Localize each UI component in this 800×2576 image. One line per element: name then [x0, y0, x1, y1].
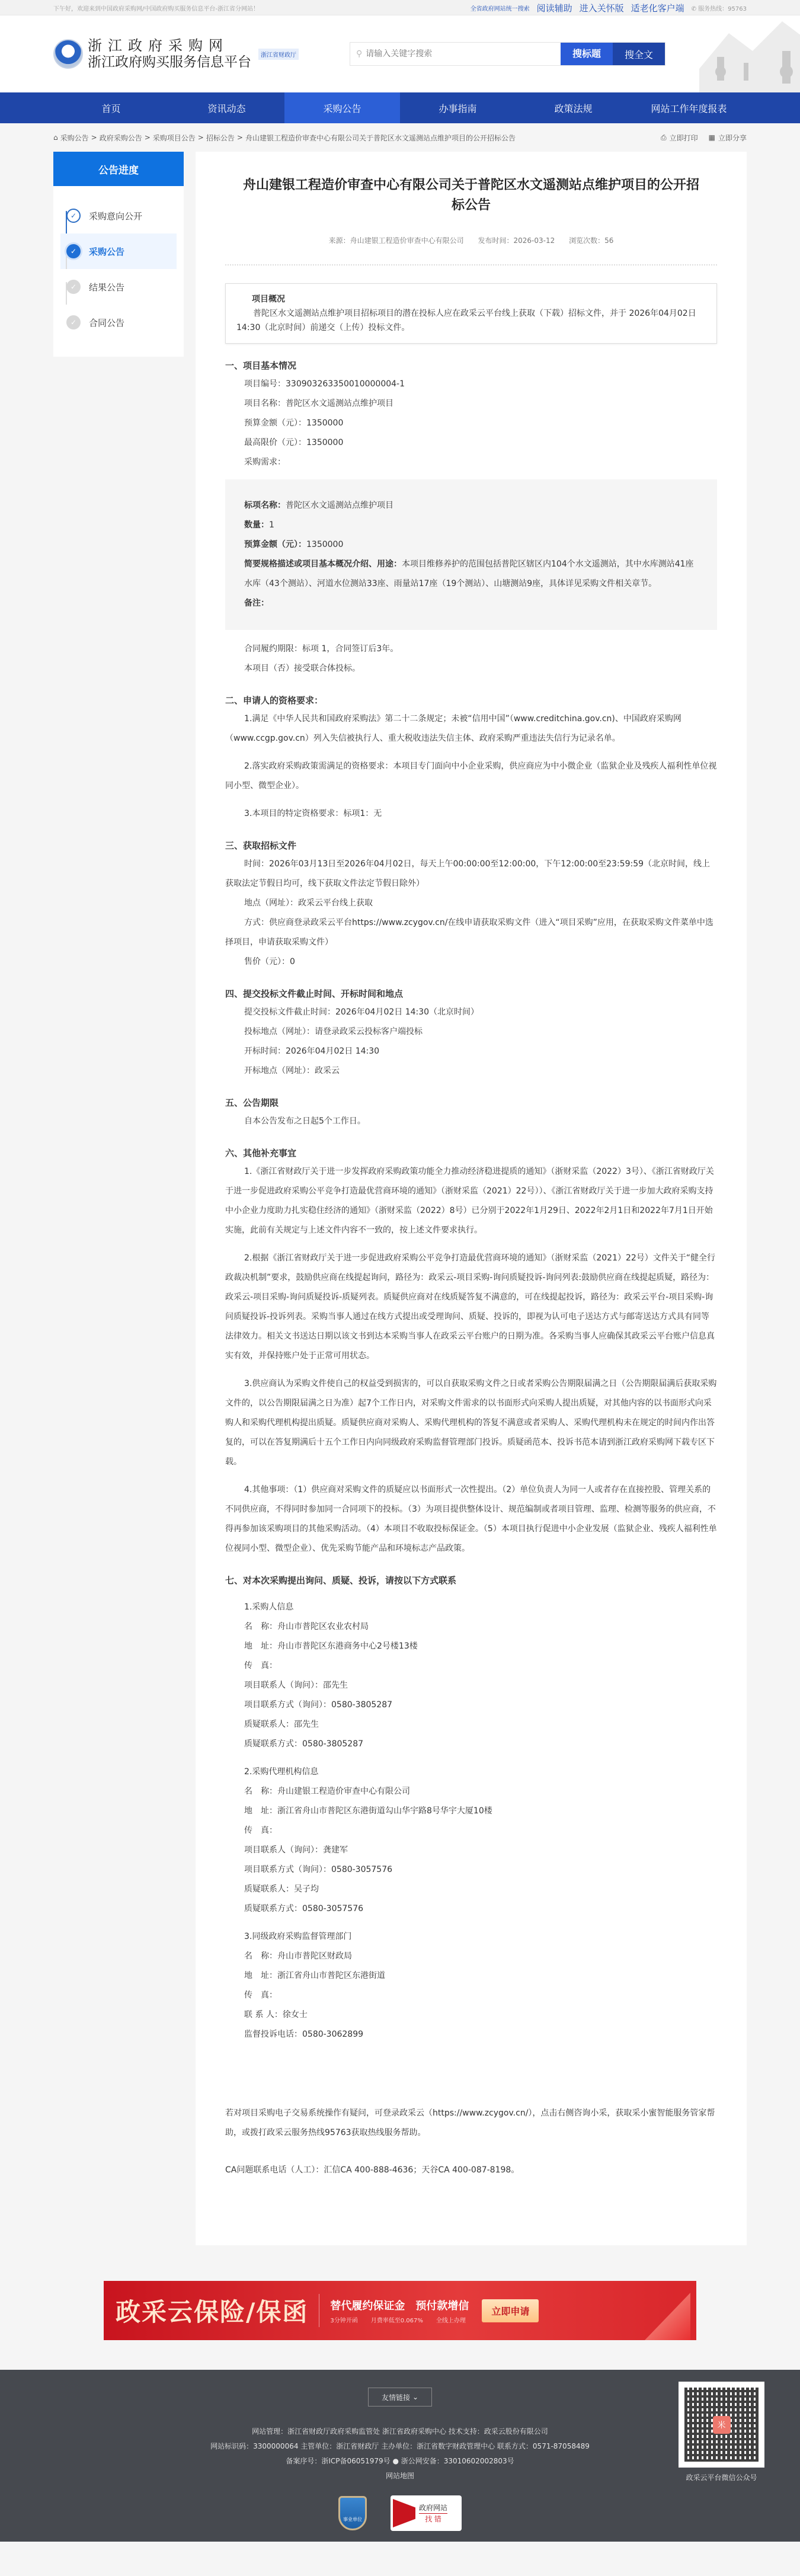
- search-input[interactable]: [366, 49, 543, 59]
- budget-amount: 预算金额（元）：1350000: [225, 414, 717, 433]
- step-intent-disclosure[interactable]: ✓ 采购意向公开: [60, 198, 177, 233]
- qr-code-icon: 米: [684, 2388, 759, 2462]
- site-header: 浙江政府采购网 浙江政府购买服务信息平台 浙江省财政厅 ⚲ 搜标题 搜全文: [0, 15, 800, 92]
- main-nav: 首页 资讯动态 采购公告 办事指南 政策法规 网站工作年度报表: [0, 92, 800, 123]
- home-icon: ⌂: [53, 133, 58, 142]
- supervision-dept-info: 3.同级政府采购监督管理部门 名 称：舟山市普陀区财政局 地 址：浙江省舟山市普…: [225, 1927, 717, 2044]
- nav-news[interactable]: 资讯动态: [169, 92, 284, 123]
- project-overview: 项目概况 普陀区水文遥测站点维护项目招标项目的潜在投标人应在政采云平台线上获取（…: [225, 283, 717, 344]
- nav-procurement-notices[interactable]: 采购公告: [284, 92, 400, 123]
- main-area: 公告进度 ✓ 采购意向公开 ✓ 采购公告 ✓ 结果公告 ✓ 合同公告 舟山建: [53, 152, 747, 2245]
- breadcrumb-item[interactable]: 招标公告: [206, 133, 235, 143]
- friendly-links-dropdown[interactable]: 友情链接⌄: [368, 2388, 432, 2407]
- welcome-text: 下午好，欢迎来到中国政府采购网/中国政府购买服务信息平台-浙江省分网站！: [53, 4, 259, 12]
- project-number: 项目编号：330903263350010000004-1: [225, 375, 717, 394]
- magnifier-icon: [393, 2499, 415, 2527]
- print-button[interactable]: ⎙立即打印: [661, 133, 698, 143]
- banner-title: 政采云保险/保函: [116, 2293, 308, 2328]
- search-icon: ⚲: [356, 49, 362, 59]
- elderly-client-link[interactable]: 适老化客户端: [631, 2, 684, 14]
- breadcrumb: ⌂ 采购公告 > 政府采购公告 > 采购项目公告 > 招标公告 > 舟山建银工程…: [53, 133, 516, 143]
- article-source: 来源：舟山建银工程造价审查中心有限公司: [329, 236, 464, 245]
- check-circle-icon: ✓: [66, 244, 81, 258]
- overview-heading: 项目概况: [236, 292, 706, 306]
- breadcrumb-separator: >: [145, 133, 151, 142]
- building-illustration: [625, 2281, 690, 2340]
- police-badge-icon: ●: [392, 2457, 401, 2465]
- max-price: 最高限价（元）：1350000: [225, 433, 717, 453]
- page-title: 舟山建银工程造价审查中心有限公司关于普陀区水文遥测站点维护项目的公开招标公告: [225, 175, 717, 216]
- nav-guide[interactable]: 办事指南: [400, 92, 516, 123]
- lot-details: 标项名称：普陀区水文遥测站点维护项目 数量：1 预算金额（元）：1350000 …: [225, 479, 717, 630]
- site-footer: 友情链接⌄ 网站管理：浙江省财政厅政府采购监管处 浙江省政府采购中心 技术支持：…: [0, 2370, 800, 2542]
- gov-site-error-report-badge[interactable]: 政府网站 找 错: [391, 2495, 462, 2531]
- site-logo[interactable]: 浙江政府采购网 浙江政府购买服务信息平台 浙江省财政厅: [53, 37, 299, 71]
- logo-line2: 浙江政府购买服务信息平台: [88, 54, 251, 71]
- public-institution-badge[interactable]: 事业单位: [338, 2496, 367, 2530]
- sitemap-link[interactable]: 网站地图: [386, 2472, 414, 2480]
- printer-icon: ⎙: [661, 133, 667, 142]
- breadcrumb-separator: >: [237, 133, 243, 142]
- breadcrumb-separator: >: [91, 133, 97, 142]
- qr-code-icon: ▦: [709, 133, 715, 142]
- breadcrumb-item[interactable]: 采购项目公告: [153, 133, 196, 143]
- logo-line1: 浙江政府采购网: [88, 37, 251, 54]
- wechat-qr: 米 政采云平台微信公众号: [679, 2382, 764, 2482]
- divider: [225, 264, 717, 265]
- share-button[interactable]: ▦立即分享: [709, 133, 747, 143]
- breadcrumb-separator: >: [198, 133, 204, 142]
- reading-aid-link[interactable]: 阅读辅助: [537, 2, 572, 14]
- hotline: ✆ 服务热线：95763: [692, 4, 747, 12]
- scenery-decoration: [699, 15, 800, 92]
- announcement-article: 舟山建银工程造价审查中心有限公司关于普陀区水文遥测站点维护项目的公开招标公告 来…: [196, 152, 747, 2245]
- top-bar: 下午好，欢迎来到中国政府采购网/中国政府购买服务信息平台-浙江省分网站！ 全省政…: [0, 0, 800, 15]
- search-title-button[interactable]: 搜标题: [561, 43, 613, 65]
- help-notes: 若对项目采购电子交易系统操作有疑问，可登录政采云（https://www.zcy…: [225, 2104, 717, 2180]
- consortium-bid: 本项目（否）接受联合体投标。: [225, 659, 717, 679]
- article-views: 浏览次数：56: [569, 236, 613, 245]
- article-meta: 来源：舟山建银工程造价审查中心有限公司 发布时间：2026-03-12 浏览次数…: [225, 232, 717, 249]
- nav-policy[interactable]: 政策法规: [516, 92, 631, 123]
- emblem-icon: [53, 39, 83, 69]
- section-announcement-period: 五、公告期限 自本公告发布之日起5个工作日。: [225, 1094, 717, 1131]
- search-fulltext-button[interactable]: 搜全文: [613, 43, 665, 65]
- nav-annual-report[interactable]: 网站工作年度报表: [631, 92, 747, 123]
- section-obtain-documents: 三、获取招标文件 时间：2026年03月13日至2026年04月02日，每天上午…: [225, 837, 717, 972]
- nav-home[interactable]: 首页: [53, 92, 169, 123]
- procurement-demand-label: 采购需求：: [225, 453, 717, 472]
- apply-now-button[interactable]: 立即申请: [482, 2299, 539, 2322]
- check-circle-icon: ✓: [66, 209, 81, 223]
- step-contract-notice[interactable]: ✓ 合同公告: [60, 305, 177, 340]
- chevron-down-icon: ⌄: [412, 2393, 418, 2401]
- logo-tag: 浙江省财政厅: [258, 49, 299, 60]
- unified-search-link[interactable]: 全省政府网站统一搜索: [471, 4, 530, 12]
- breadcrumb-current: 舟山建银工程造价审查中心有限公司关于普陀区水文遥测站点维护项目的公开招标公告: [245, 133, 516, 143]
- overview-text: 普陀区水文遥测站点维护项目招标项目的潜在投标人应在政采云平台线上获取（下载）招标…: [236, 306, 706, 335]
- section-qualifications: 二、申请人的资格要求： 1.满足《中华人民共和国政府采购法》第二十二条规定；未被…: [225, 692, 717, 824]
- breadcrumb-item[interactable]: 政府采购公告: [100, 133, 142, 143]
- section-deadline: 四、提交投标文件截止时间、开标时间和地点 提交投标文件截止时间：2026年04月…: [225, 985, 717, 1081]
- section-other-matters: 六、其他补充事宜 1.《浙江省财政厅关于进一步发挥政府采购政策功能全力推动经济稳…: [225, 1144, 717, 1559]
- phone-icon: ✆: [692, 6, 699, 12]
- project-name: 项目名称：普陀区水文遥测站点维护项目: [225, 394, 717, 414]
- check-circle-icon: ✓: [66, 280, 81, 294]
- icp-link[interactable]: 备案序号：浙ICP备06051979号: [286, 2457, 390, 2465]
- section-basic-info: 一、项目基本情况 项目编号：330903263350010000004-1 项目…: [225, 357, 717, 679]
- agency-info: 2.采购代理机构信息 名 称：舟山建银工程造价审查中心有限公司 地 址：浙江省舟…: [225, 1762, 717, 1919]
- banner-headline: 替代履约保证金 预付款增信: [330, 2297, 469, 2313]
- breadcrumb-item[interactable]: 采购公告: [60, 133, 89, 143]
- progress-sidebar: 公告进度 ✓ 采购意向公开 ✓ 采购公告 ✓ 结果公告 ✓ 合同公告: [53, 152, 184, 357]
- care-mode-link[interactable]: 进入关怀版: [580, 2, 624, 14]
- contract-period: 合同履约期限：标项 1，合同签订后3年。: [225, 639, 717, 659]
- step-procurement-notice[interactable]: ✓ 采购公告: [60, 233, 177, 269]
- article-publish-time: 发布时间：2026-03-12: [478, 236, 555, 245]
- insurance-promo-banner[interactable]: 政采云保险/保函 替代履约保证金 预付款增信 3分钟开函 月费率低至0.067%…: [104, 2281, 696, 2340]
- police-record-link[interactable]: 浙公网安备：33010602002803号: [401, 2457, 514, 2465]
- search-bar: ⚲ 搜标题 搜全文: [350, 42, 665, 66]
- sidebar-title: 公告进度: [53, 152, 184, 186]
- breadcrumb-bar: ⌂ 采购公告 > 政府采购公告 > 采购项目公告 > 招标公告 > 舟山建银工程…: [53, 123, 747, 152]
- section-contacts: 七、对本次采购提出询问、质疑、投诉，请按以下方式联系 1.采购人信息 名 称：舟…: [225, 1572, 717, 2044]
- step-result-notice[interactable]: ✓ 结果公告: [60, 269, 177, 305]
- qr-caption: 政采云平台微信公众号: [679, 2472, 764, 2482]
- purchaser-info: 1.采购人信息 名 称：舟山市普陀区农业农村局 地 址：舟山市普陀区东港商务中心…: [225, 1598, 717, 1754]
- check-circle-icon: ✓: [66, 315, 81, 329]
